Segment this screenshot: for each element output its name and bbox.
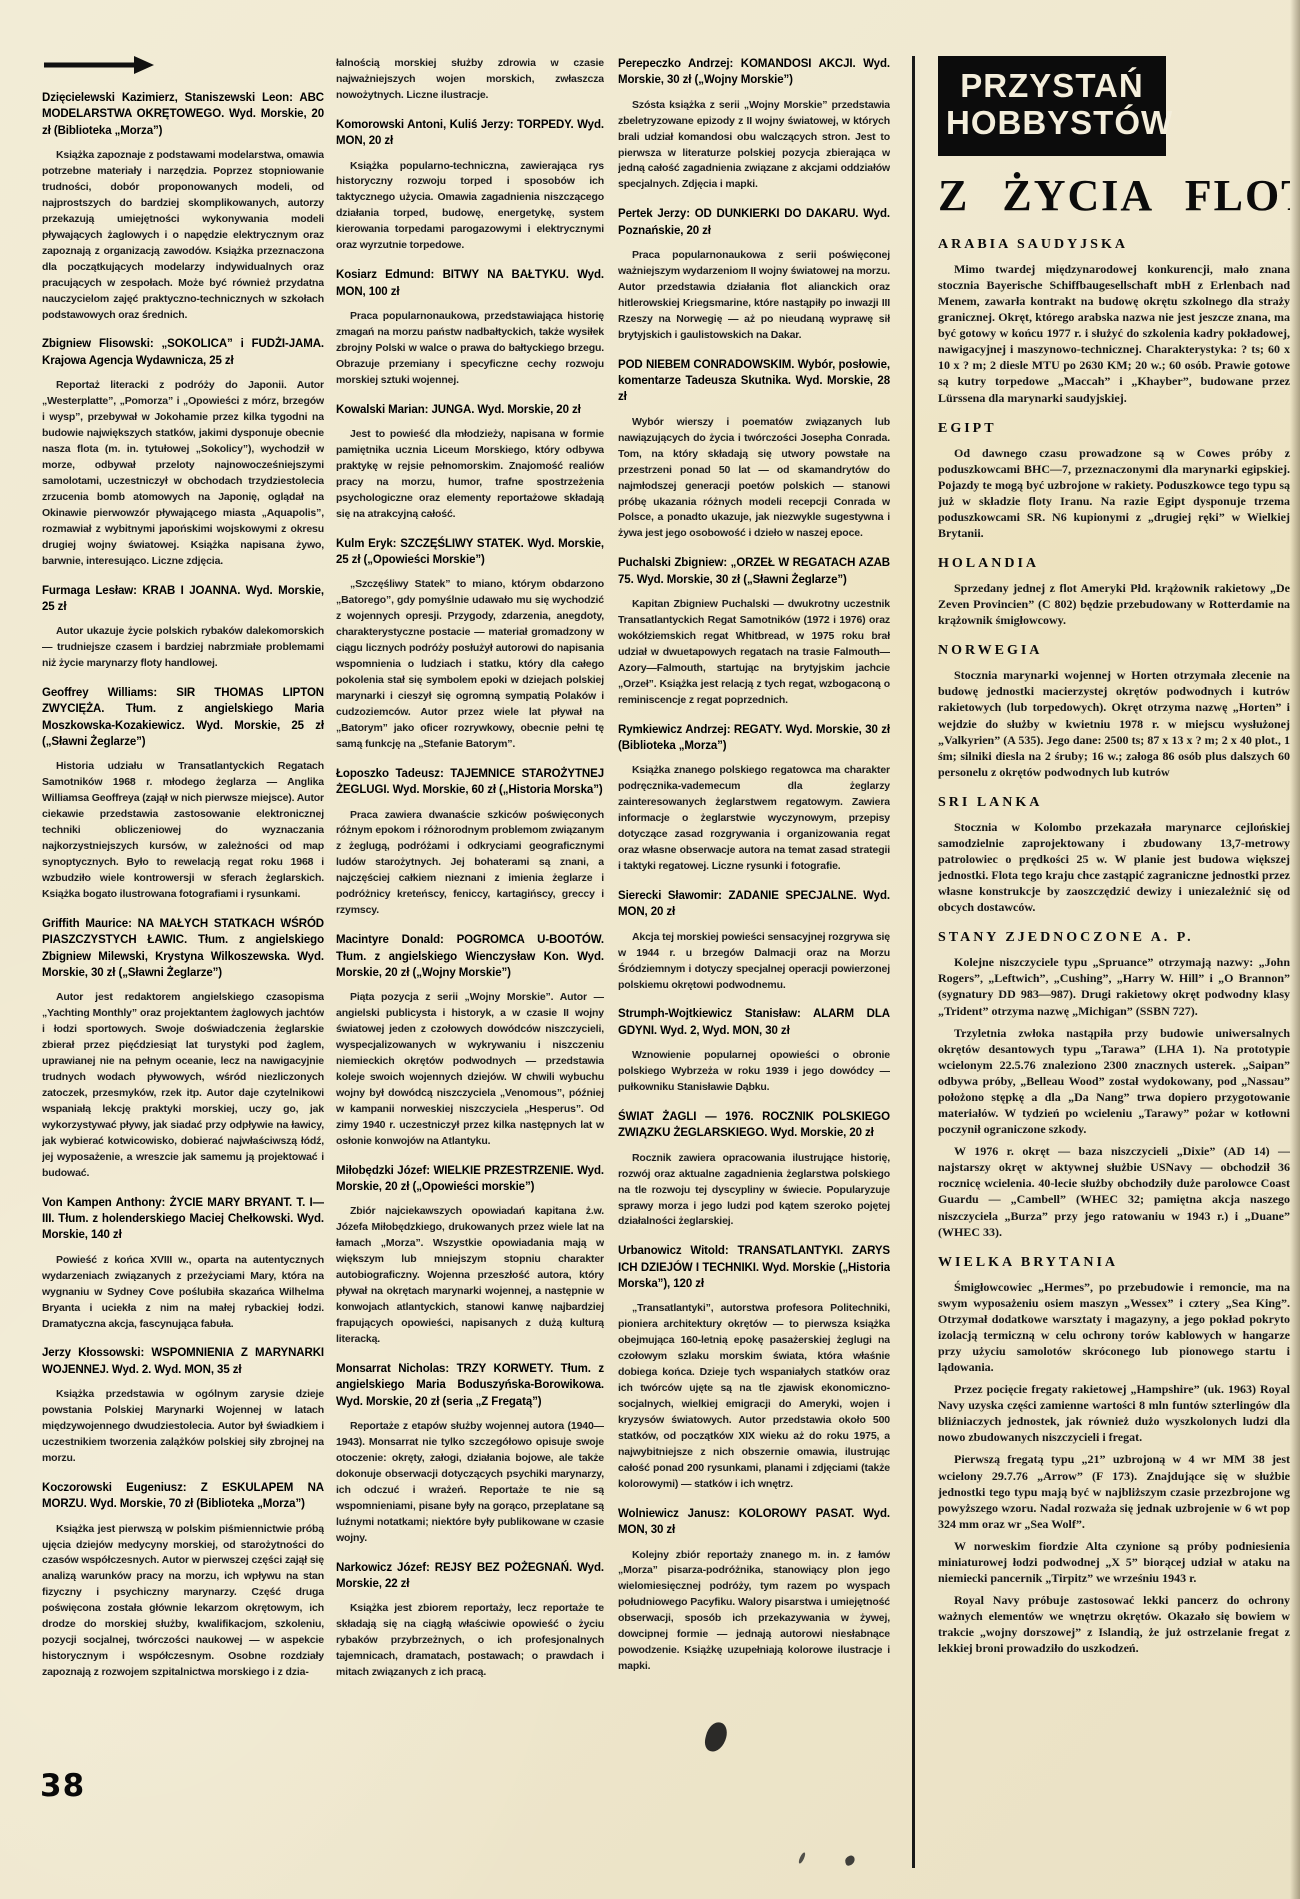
fleet-paragraph: Pierwszą fregatą typu „21” uzbrojoną w 4…	[938, 1451, 1290, 1531]
review-body: Wybór wierszy i poematów związanych lub …	[618, 415, 890, 543]
page-number: 38	[40, 1768, 85, 1804]
review-body: Zbiór najciekawszych opowiadań kapitana …	[336, 1204, 604, 1348]
banner-line-1: PRZYSTAŃ	[946, 68, 1158, 105]
review-heading: ŚWIAT ŻAGLI — 1976. ROCZNIK POLSKIEGO ZW…	[618, 1109, 890, 1142]
review-heading: Koczorowski Eugeniusz: Z ESKULAPEM NA MO…	[42, 1480, 324, 1513]
review-body: Kapitan Zbigniew Puchalski — dwukrotny u…	[618, 597, 890, 709]
review-body: Wznowienie popularnej opowieści o obroni…	[618, 1048, 890, 1096]
review-body: Rocznik zawiera opracowania ilustrujące …	[618, 1151, 890, 1231]
fleet-paragraph: W norweskim fiordzie Alta czynione są pr…	[938, 1538, 1290, 1586]
review-heading: Sierecki Sławomir: ZADANIE SPECJALNE. Wy…	[618, 888, 890, 921]
review-body: Akcja tej morskiej powieści sensacyjnej …	[618, 930, 890, 994]
fleet-paragraph: Sprzedany jednej z flot Ameryki Płd. krą…	[938, 580, 1290, 628]
review-heading: Pertek Jerzy: OD DUNKIERKI DO DAKARU. Wy…	[618, 206, 890, 239]
review-heading: Puchalski Zbigniew: „ORZEŁ W REGATACH AZ…	[618, 555, 890, 588]
review-column-2: łalnością morskiej służby zdrowia w czas…	[336, 56, 604, 1874]
review-heading: Komorowski Antoni, Kuliś Jerzy: TORPEDY.…	[336, 117, 604, 150]
country-heading: EGIPT	[938, 421, 1290, 437]
review-column-3: Perepeczko Andrzej: KOMANDOSI AKCJI. Wyd…	[618, 56, 890, 1874]
fleet-news-section: PRZYSTAŃ HOBBYSTÓW Z ŻYCIA FLOT ARABIA S…	[938, 56, 1290, 1874]
country-heading: WIELKA BRYTANIA	[938, 1255, 1290, 1271]
review-heading: Kosiarz Edmund: BITWY NA BAŁTYKU. Wyd. M…	[336, 267, 604, 300]
review-heading: Miłobędzki Józef: WIELKIE PRZESTRZENIE. …	[336, 1163, 604, 1196]
scan-edge-shadow	[1290, 0, 1300, 1899]
review-body: Autor jest redaktorem angielskiego czaso…	[42, 990, 324, 1181]
fleet-paragraph: Stocznia marynarki wojennej w Horten otr…	[938, 667, 1290, 780]
review-heading: Narkowicz Józef: REJSY BEZ POŻEGNAŃ. Wyd…	[336, 1560, 604, 1593]
review-body: „Transatlantyki”, autorstwa profesora Po…	[618, 1301, 890, 1492]
review-heading: Perepeczko Andrzej: KOMANDOSI AKCJI. Wyd…	[618, 56, 890, 89]
fleet-sections: ARABIA SAUDYJSKAMimo twardej międzynarod…	[938, 237, 1290, 1656]
hobby-harbor-banner: PRZYSTAŃ HOBBYSTÓW	[938, 56, 1166, 156]
fleet-paragraph: Stocznia w Kolombo przekazała marynarce …	[938, 819, 1290, 915]
review-heading: Macintyre Donald: POGROMCA U-BOOTÓW. Tłu…	[336, 932, 604, 981]
review-body: Praca popularnonaukowa, przedstawiająca …	[336, 309, 604, 389]
review-heading: Kowalski Marian: JUNGA. Wyd. Morskie, 20…	[336, 402, 604, 418]
review-heading: Kulm Eryk: SZCZĘŚLIWY STATEK. Wyd. Morsk…	[336, 536, 604, 569]
review-body: Kolejny zbiór reportaży znanego m. in. z…	[618, 1548, 890, 1676]
review-body: Książka zapoznaje z podstawami modelarst…	[42, 148, 324, 323]
banner-line-2: HOBBYSTÓW	[946, 105, 1158, 142]
fleet-paragraph: Trzyletnia zwłoka nastąpiła przy budowie…	[938, 1025, 1290, 1138]
country-heading: ARABIA SAUDYJSKA	[938, 237, 1290, 253]
fleet-paragraph: W 1976 r. okręt — baza niszczycieli „Dix…	[938, 1143, 1290, 1239]
review-body: Reportaż literacki z podróży do Japonii.…	[42, 378, 324, 569]
country-heading: NORWEGIA	[938, 643, 1290, 659]
review-body: Piąta pozycja z serii „Wojny Morskie”. A…	[336, 990, 604, 1150]
fleet-paragraph: Od dawnego czasu prowadzone są w Cowes p…	[938, 445, 1290, 541]
fleet-paragraph: Mimo twardej międzynarodowej konkurencji…	[938, 261, 1290, 406]
fleet-paragraph: Kolejne niszczyciele typu „Spruance” otr…	[938, 954, 1290, 1018]
vertical-divider	[912, 56, 915, 1868]
fleet-paragraph: Royal Navy próbuje zastosować lekki panc…	[938, 1592, 1290, 1656]
review-heading: Monsarrat Nicholas: TRZY KORWETY. Tłum. …	[336, 1361, 604, 1410]
review-body: Książka popularno-techniczna, zawierając…	[336, 159, 604, 255]
review-body: Książka jest pierwszą w polskim piśmienn…	[42, 1522, 324, 1682]
magazine-page: Dzięcielewski Kazimierz, Staniszewski Le…	[0, 0, 1300, 1899]
review-body: Autor ukazuje życie polskich rybaków dal…	[42, 624, 324, 672]
country-heading: STANY ZJEDNOCZONE A. P.	[938, 930, 1290, 946]
review-body: Szósta książka z serii „Wojny Morskie” p…	[618, 98, 890, 194]
fleet-paragraph: Przez pocięcie fregaty rakietowej „Hamps…	[938, 1381, 1290, 1445]
review-body: Powieść z końca XVIII w., oparta na aute…	[42, 1253, 324, 1333]
review-body: Książka znanego polskiego regatowca ma c…	[618, 763, 890, 875]
fleet-life-headline: Z ŻYCIA FLOT	[938, 170, 1290, 221]
review-heading: Strumph-Wojtkiewicz Stanisław: ALARM DLA…	[618, 1006, 890, 1039]
review-body: Jest to powieść dla młodzieży, napisana …	[336, 427, 604, 523]
review-column-1: Dzięcielewski Kazimierz, Staniszewski Le…	[42, 56, 324, 1874]
review-heading: Urbanowicz Witold: TRANSATLANTYKI. ZARYS…	[618, 1243, 890, 1292]
review-heading: Griffith Maurice: NA MAŁYCH STATKACH WŚR…	[42, 916, 324, 981]
review-heading: Rymkiewicz Andrzej: REGATY. Wyd. Morskie…	[618, 722, 890, 755]
review-heading: Jerzy Kłossowski: WSPOMNIENIA Z MARYNARK…	[42, 1345, 324, 1378]
review-heading: Wolniewicz Janusz: KOLOROWY PASAT. Wyd. …	[618, 1506, 890, 1539]
review-heading: Von Kampen Anthony: ŻYCIE MARY BRYANT. T…	[42, 1195, 324, 1244]
review-body: Historia udziału w Transatlantyckich Reg…	[42, 759, 324, 903]
review-body: Książka jest zbiorem reportaży, lecz rep…	[336, 1601, 604, 1681]
review-body: Praca zawiera dwanaście szkiców poświęco…	[336, 808, 604, 920]
review-body: Praca popularnonaukowa z serii poświęcon…	[618, 248, 890, 344]
review-heading: Zbigniew Flisowski: „SOKOLICA” i FUDŻI-J…	[42, 336, 324, 369]
review-heading: POD NIEBEM CONRADOWSKIM. Wybór, posłowie…	[618, 357, 890, 406]
fleet-paragraph: Śmigłowcowiec „Hermes”, po przebudowie i…	[938, 1279, 1290, 1375]
review-heading: Dzięcielewski Kazimierz, Staniszewski Le…	[42, 90, 324, 139]
review-body: Książka przedstawia w ogólnym zarysie dz…	[42, 1387, 324, 1467]
review-heading: Łoposzko Tadeusz: TAJEMNICE STAROŻYTNEJ …	[336, 766, 604, 799]
country-heading: SRI LANKA	[938, 795, 1290, 811]
continuation-arrow	[44, 56, 324, 74]
country-heading: HOLANDIA	[938, 556, 1290, 572]
review-heading: Furmaga Lesław: KRAB I JOANNA. Wyd. Mors…	[42, 583, 324, 616]
review-heading: Geoffrey Williams: SIR THOMAS LIPTON ZWY…	[42, 685, 324, 750]
review-body: „Szczęśliwy Statek” to miano, którym obd…	[336, 577, 604, 752]
review-body: łalnością morskiej służby zdrowia w czas…	[336, 56, 604, 104]
review-body: Reportaże z etapów służby wojennej autor…	[336, 1419, 604, 1547]
right-arrow-icon	[44, 56, 154, 74]
